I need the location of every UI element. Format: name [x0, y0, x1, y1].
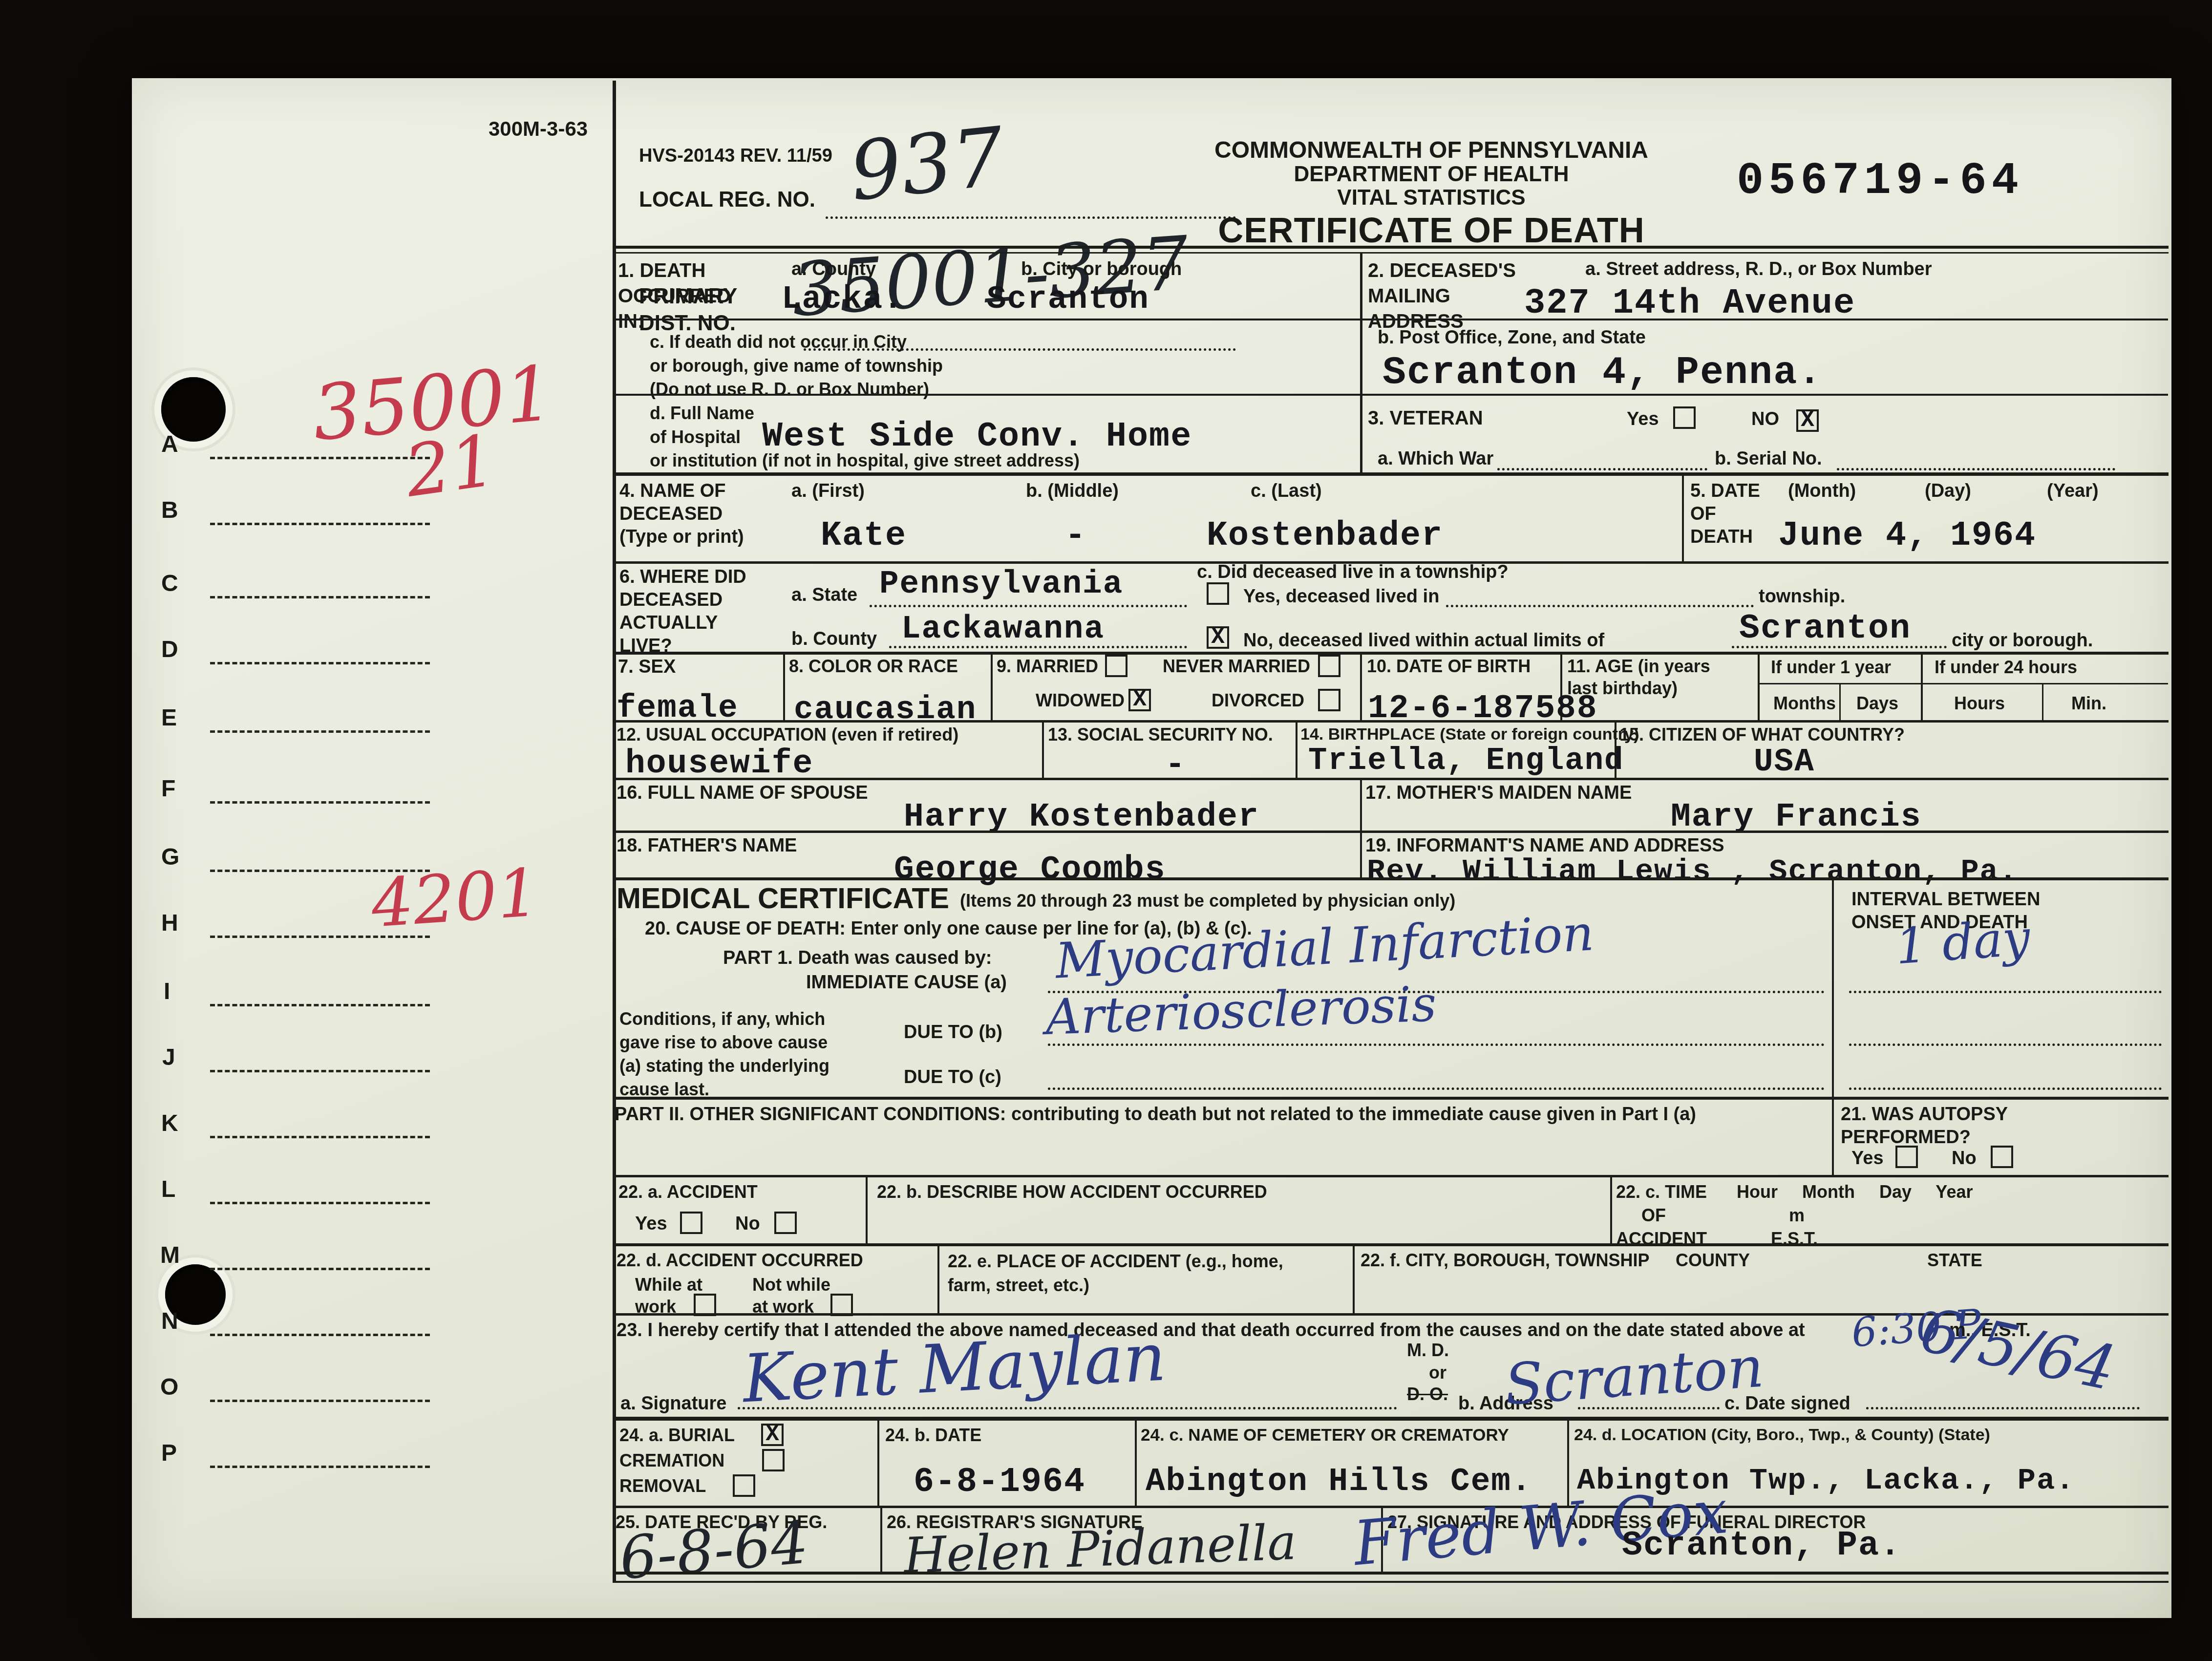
- s9-never-label: NEVER MARRIED: [1163, 656, 1310, 678]
- dotted-line: [870, 605, 1187, 607]
- margin-letter: O: [160, 1373, 178, 1402]
- rule: [1042, 723, 1044, 778]
- rule: [1360, 833, 1362, 877]
- margin-line: [210, 523, 430, 525]
- printing-code: 300M-3-63: [489, 116, 588, 142]
- s9-widowed-label: WIDOWED: [1036, 690, 1125, 712]
- margin-letter: P: [161, 1439, 177, 1468]
- s1-label: 1. DEATH OCCURRED IN:: [618, 258, 731, 334]
- margin-line: [210, 596, 430, 598]
- due-b-label: DUE TO (b): [904, 1021, 1002, 1044]
- s9-married-label: 9. MARRIED: [997, 656, 1098, 678]
- s17-label: 17. MOTHER'S MAIDEN NAME: [1365, 782, 1632, 805]
- rule: [613, 252, 2169, 254]
- cremation-checkbox: [762, 1449, 785, 1471]
- s7-label: 7. SEX: [618, 656, 676, 679]
- township-no-checkbox: X: [1207, 626, 1229, 649]
- due-c-label: DUE TO (c): [904, 1066, 1001, 1089]
- margin-line: [210, 1466, 430, 1468]
- s9-divorced-label: DIVORCED: [1212, 690, 1304, 712]
- rule: [1360, 252, 1362, 472]
- margin-letter: M: [160, 1241, 180, 1270]
- rule: [613, 652, 2169, 655]
- s8-label: 8. COLOR OR RACE: [789, 656, 958, 678]
- s23-md: M. D.: [1407, 1340, 1449, 1362]
- s5-label: 5. DATE OF DEATH: [1690, 480, 1760, 549]
- s22c-of: OF: [1641, 1205, 1666, 1227]
- s4c-label: c. (Last): [1251, 480, 1322, 503]
- margin-letter: F: [161, 774, 175, 804]
- margin-line: [210, 1136, 430, 1138]
- margin-line: [210, 801, 430, 804]
- s11-under-day: If under 24 hours: [1935, 657, 2077, 679]
- rule: [613, 830, 2169, 833]
- margin-letter: D: [161, 635, 178, 664]
- margin-red-number: 4201: [369, 854, 542, 942]
- margin-line: [210, 1202, 430, 1204]
- s4b-label: b. (Middle): [1026, 480, 1119, 503]
- s11-days: Days: [1856, 693, 1898, 715]
- rule: [783, 655, 785, 720]
- scanned-death-certificate: 300M-3-63 A B C D E F G H I J K L M N O …: [0, 0, 2212, 1661]
- s22c-est: E.S.T.: [1771, 1228, 1818, 1250]
- s23-date-label: c. Date signed: [1724, 1392, 1850, 1415]
- s15-value: USA: [1754, 744, 1815, 780]
- s27-address: Scranton, Pa.: [1622, 1527, 1901, 1565]
- rule: [1360, 780, 1362, 830]
- s6-yes-text: Yes, deceased lived in: [1243, 585, 1439, 608]
- margin-letter: G: [161, 843, 179, 872]
- s13-label: 13. SOCIAL SECURITY NO.: [1048, 724, 1273, 746]
- s24d-label: 24. d. LOCATION (City, Boro., Twp., & Co…: [1574, 1425, 2160, 1445]
- s6a-value: Pennsylvania: [879, 566, 1123, 602]
- s4a-label: a. (First): [791, 480, 865, 503]
- s22c-label: 22. c. TIME: [1616, 1181, 1707, 1203]
- rule: [613, 720, 2169, 723]
- s3-no-label: NO: [1751, 408, 1779, 431]
- rule: [613, 1417, 2169, 1421]
- dotted-line: [1446, 605, 1754, 607]
- s5-month-label: (Month): [1788, 480, 1856, 503]
- medical-note: (Items 20 through 23 must be completed b…: [960, 890, 1455, 912]
- s19-value: Rev. William Lewis , Scranton, Pa.: [1367, 854, 2018, 889]
- s22a-yes: Yes: [635, 1213, 667, 1235]
- s24c-value: Abington Hills Cem.: [1146, 1463, 1532, 1500]
- margin-letter: I: [164, 977, 170, 1006]
- s22c-m: m: [1789, 1205, 1805, 1227]
- rule: [1360, 655, 1362, 720]
- s22f-label: 22. f. CITY, BOROUGH, TOWNSHIP: [1361, 1250, 1649, 1272]
- s11-hours: Hours: [1954, 693, 2005, 715]
- rule: [613, 319, 1360, 320]
- margin-line: [210, 1268, 430, 1270]
- s23-or: or: [1429, 1362, 1446, 1384]
- dotted-line: [889, 646, 1187, 648]
- rule: [1353, 1246, 1355, 1313]
- s2b-value: Scranton 4, Penna.: [1382, 351, 1822, 395]
- rule: [2042, 683, 2043, 720]
- rule: [937, 1246, 939, 1313]
- s3-serial-label: b. Serial No.: [1715, 447, 1822, 470]
- s11-months: Months: [1773, 693, 1836, 715]
- accident-no-checkbox: [774, 1212, 797, 1234]
- rule: [866, 1177, 868, 1243]
- burial-checkbox: X: [761, 1424, 784, 1446]
- rule: [613, 1243, 2169, 1246]
- interval-a-handwriting: 1 day: [1893, 909, 2032, 976]
- conditions-note: Conditions, if any, which gave rise to a…: [619, 1007, 829, 1101]
- township-yes-checkbox: [1207, 582, 1229, 605]
- accident-yes-checkbox: [680, 1212, 702, 1234]
- s1b-value: Scranton: [987, 281, 1149, 318]
- local-reg-value: 937: [846, 109, 1008, 219]
- margin-line: [210, 662, 430, 664]
- rule: [1296, 723, 1297, 778]
- married-checkbox: [1105, 655, 1127, 677]
- s22d-label: 22. d. ACCIDENT OCCURRED: [617, 1250, 863, 1272]
- s5-day-label: (Day): [1925, 480, 1971, 503]
- commonwealth-title: COMMONWEALTH OF PENNSYLVANIA: [1172, 136, 1690, 165]
- margin-line: [210, 730, 430, 733]
- immediate-cause-label: IMMEDIATE CAUSE (a): [806, 971, 1007, 994]
- rule: [613, 1581, 2169, 1583]
- s2a-value: 327 14th Avenue: [1524, 283, 1855, 323]
- s23-sig-label: a. Signature: [620, 1392, 727, 1415]
- margin-red-number: 21: [400, 419, 501, 513]
- s4-middle: -: [1065, 517, 1086, 555]
- rule: [1832, 880, 1834, 1175]
- s1a-value: Lacka.: [782, 281, 904, 318]
- s24-removal-label: REMOVAL: [619, 1475, 706, 1497]
- s22a-label: 22. a. ACCIDENT: [618, 1181, 758, 1203]
- margin-line: [210, 1070, 430, 1072]
- s24-cremation-label: CREMATION: [619, 1450, 724, 1472]
- rule: [613, 1572, 2169, 1575]
- margin-line: [210, 1334, 430, 1336]
- s22c-cols: Hour Month Day Year: [1737, 1181, 1973, 1203]
- divorced-checkbox: [1318, 689, 1340, 711]
- s6b-value: Lackawanna: [901, 611, 1105, 647]
- rule: [613, 394, 1360, 396]
- medical-title: MEDICAL CERTIFICATE: [617, 880, 949, 916]
- part2-label: PART II. OTHER SIGNIFICANT CONDITIONS: c…: [615, 1103, 1821, 1126]
- s1d-value: West Side Conv. Home: [762, 418, 1192, 456]
- s4-last: Kostenbader: [1207, 517, 1443, 555]
- local-reg-label: LOCAL REG. NO.: [639, 187, 815, 213]
- s6-no-text: No, deceased lived within actual limits …: [1243, 629, 1604, 652]
- rule: [613, 246, 2169, 249]
- margin-letter: A: [161, 430, 178, 459]
- dotted-line: [1849, 1087, 2162, 1090]
- s2-label: 2. DECEASED'S MAILING ADDRESS: [1368, 258, 1516, 334]
- s4-label: 4. NAME OF DECEASED (Type or print): [619, 480, 744, 549]
- veteran-no-checkbox: X: [1796, 409, 1819, 432]
- rule: [613, 472, 2169, 476]
- rule: [613, 1175, 2169, 1177]
- department-title: DEPARTMENT OF HEALTH: [1172, 161, 1690, 188]
- s1a-label: a. County: [791, 258, 876, 281]
- margin-letter: B: [161, 496, 178, 525]
- s16-label: 16. FULL NAME OF SPOUSE: [617, 782, 868, 805]
- rule: [1758, 655, 1760, 720]
- s14-label: 14. BIRTHPLACE (State or foreign country…: [1300, 724, 1639, 745]
- s6-no-value: Scranton: [1739, 610, 1911, 648]
- margin-letter: H: [161, 909, 178, 938]
- rule: [1839, 683, 1841, 720]
- veteran-yes-checkbox: [1673, 406, 1696, 429]
- s1c-label: c. If death did not occur in City or bor…: [650, 330, 943, 402]
- s6b-label: b. County: [791, 628, 877, 651]
- rule: [991, 655, 993, 720]
- dotted-line: [1732, 646, 1947, 648]
- rule: [1610, 1177, 1612, 1243]
- s12-value: housewife: [625, 745, 813, 783]
- s2a-label: a. Street address, R. D., or Box Number: [1585, 258, 1932, 281]
- margin-letter: C: [161, 569, 178, 598]
- s1b-label: b. City or borough: [1021, 258, 1182, 281]
- s10-label: 10. DATE OF BIRTH: [1367, 656, 1531, 678]
- s18-label: 18. FATHER'S NAME: [617, 834, 797, 857]
- never-married-checkbox: [1318, 655, 1340, 677]
- part1-label: PART 1. Death was caused by:: [723, 947, 992, 970]
- s12-label: 12. USUAL OCCUPATION (even if retired): [617, 724, 958, 746]
- s22c-accident: ACCIDENT: [1616, 1228, 1707, 1250]
- s6-label: 6. WHERE DID DECEASED ACTUALLY LIVE?: [619, 566, 746, 658]
- s3-yes-label: Yes: [1627, 408, 1659, 431]
- rule: [1360, 394, 2168, 396]
- rule: [613, 778, 2169, 780]
- serial-stamp: 056719-64: [1737, 155, 2023, 207]
- rule: [877, 1421, 879, 1506]
- s14-value: Triella, England: [1308, 744, 1624, 779]
- autopsy-yes-checkbox: [1895, 1146, 1918, 1168]
- margin-letter: J: [162, 1043, 175, 1072]
- s22b-label: 22. b. DESCRIBE HOW ACCIDENT OCCURRED: [877, 1181, 1267, 1203]
- s24-burial-label: 24. a. BURIAL: [619, 1425, 735, 1447]
- s22e-label: 22. e. PLACE OF ACCIDENT (e.g., home, fa…: [948, 1250, 1283, 1297]
- margin-line: [210, 1004, 430, 1006]
- s24c-label: 24. c. NAME OF CEMETERY OR CREMATORY: [1141, 1425, 1509, 1446]
- s11-min: Min.: [2071, 693, 2106, 715]
- s6c-label: c. Did deceased live in a township?: [1197, 561, 1509, 584]
- vital-title: VITAL STATISTICS: [1172, 185, 1690, 212]
- s22a-no: No: [735, 1213, 760, 1235]
- s24b-label: 24. b. DATE: [885, 1425, 981, 1447]
- rule: [613, 1097, 2169, 1100]
- s22d-not: Not while at work: [752, 1274, 830, 1318]
- rule: [1921, 655, 1923, 720]
- s22f-state: STATE: [1927, 1250, 1982, 1272]
- removal-checkbox: [733, 1474, 755, 1497]
- s11-under-year: If under 1 year: [1771, 657, 1891, 679]
- s21-label: 21. WAS AUTOPSY PERFORMED?: [1841, 1103, 2008, 1149]
- dotted-line: [1866, 1407, 2140, 1409]
- margin-letter: L: [161, 1175, 175, 1204]
- s6a-label: a. State: [791, 584, 857, 607]
- margin-letter: N: [161, 1307, 178, 1336]
- margin-line: [210, 1400, 430, 1402]
- s4-first: Kate: [821, 517, 907, 555]
- dotted-line: [1048, 1087, 1825, 1090]
- autopsy-no-checkbox: [1991, 1146, 2013, 1168]
- s5-value: June 4, 1964: [1778, 517, 2036, 555]
- s23-do: D. O.: [1407, 1384, 1448, 1405]
- rule: [1758, 683, 2168, 684]
- widowed-checkbox: X: [1128, 689, 1151, 711]
- s5-year-label: (Year): [2047, 480, 2099, 503]
- dotted-line: [1048, 1043, 1825, 1046]
- form-number: HVS-20143 REV. 11/59: [639, 145, 832, 168]
- s3-war-label: a. Which War: [1378, 447, 1493, 470]
- dotted-line: [1849, 991, 2162, 993]
- dotted-line: [1849, 1043, 2162, 1046]
- s3-label: 3. VETERAN: [1368, 406, 1483, 431]
- s6-city-suffix: city or borough.: [1952, 629, 2093, 652]
- s2b-label: b. Post Office, Zone, and State: [1378, 326, 1646, 349]
- dotted-line: [1497, 468, 1707, 470]
- dotted-line: [1837, 468, 2115, 470]
- margin-letter: K: [161, 1109, 178, 1138]
- s21-yes-label: Yes: [1851, 1147, 1884, 1170]
- s6-township-suffix: township.: [1759, 585, 1845, 608]
- rule: [1135, 1421, 1137, 1506]
- rule: [1360, 319, 2168, 320]
- s22d-while: While at work: [635, 1274, 702, 1318]
- s21-no-label: No: [1952, 1147, 1977, 1170]
- margin-letter: E: [161, 703, 177, 733]
- rule: [880, 1508, 882, 1572]
- s22f-county: COUNTY: [1676, 1250, 1750, 1272]
- s24b-value: 6-8-1964: [914, 1463, 1085, 1502]
- rule: [1682, 476, 1684, 561]
- s15-label: 15. CITIZEN OF WHAT COUNTRY?: [1619, 724, 1905, 746]
